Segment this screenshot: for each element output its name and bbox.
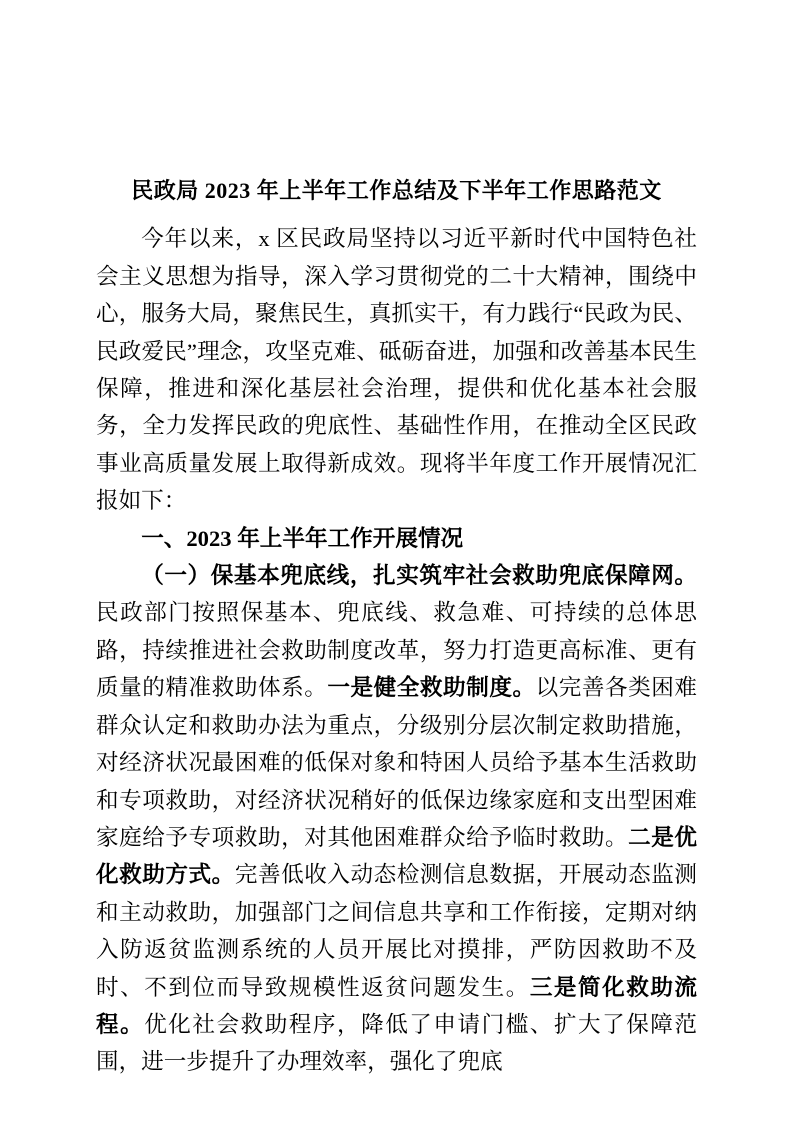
document-page: 民政局 2023 年上半年工作总结及下半年工作思路范文 今年以来，x 区民政局坚… — [0, 0, 793, 1122]
point-3-text-run: 优化社会救助程序，降低了申请门槛、扩大了保障范围，进一步提升了办理效率，强化了兜… — [96, 1012, 697, 1074]
subsection-1-lead-bold: （一）保基本兜底线，扎实筑牢社会救助兜底保障网。 — [141, 563, 697, 588]
document-content: 民政局 2023 年上半年工作总结及下半年工作思路范文 今年以来，x 区民政局坚… — [96, 172, 697, 1081]
section-1-heading: 一、2023 年上半年工作开展情况 — [96, 520, 697, 557]
point-1-label-bold: 一是健全救助制度。 — [327, 675, 535, 700]
point-1-text-run: 以完善各类困难群众认定和救助办法为重点，分级别分层次制定救助措施，对经济状况最困… — [96, 675, 697, 850]
section-1-paragraph: （一）保基本兜底线，扎实筑牢社会救助兜底保障网。民政部门按照保基本、兜底线、救急… — [96, 557, 697, 1081]
intro-paragraph: 今年以来，x 区民政局坚持以习近平新时代中国特色社会主义思想为指导，深入学习贯彻… — [96, 220, 697, 519]
document-title: 民政局 2023 年上半年工作总结及下半年工作思路范文 — [96, 172, 697, 209]
